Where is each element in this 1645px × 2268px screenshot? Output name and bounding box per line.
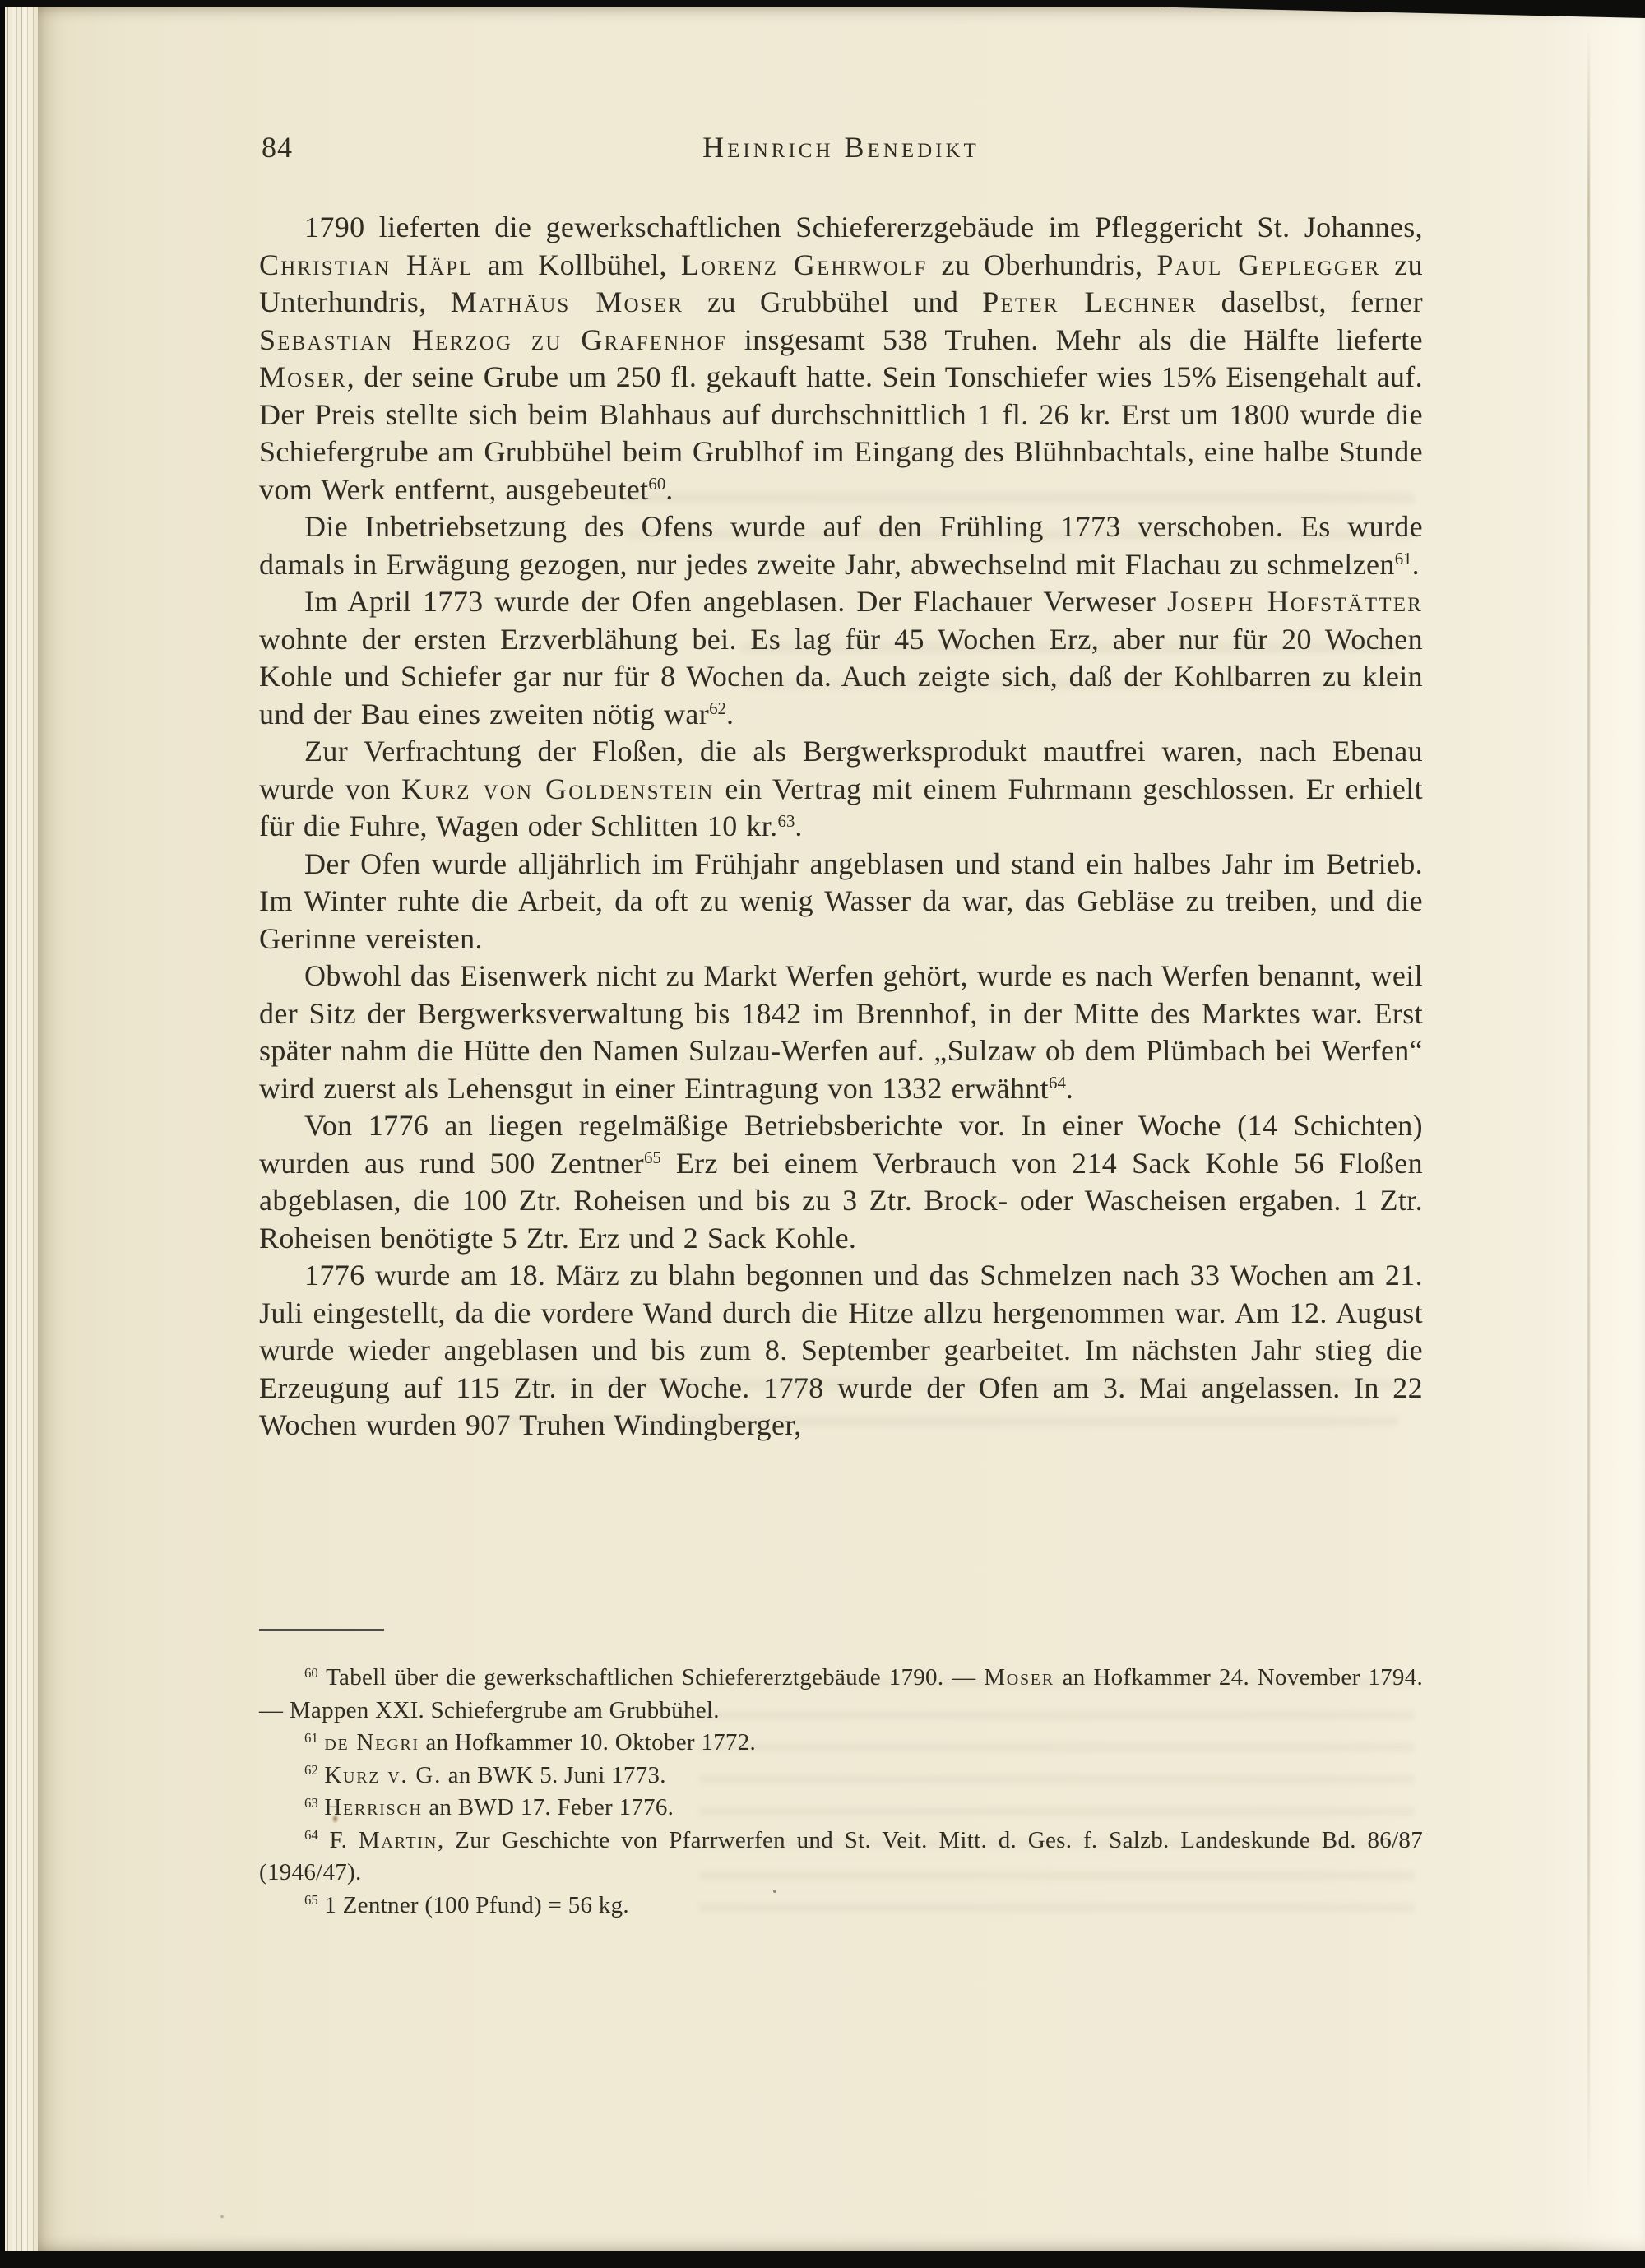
- text-run: F.: [318, 1827, 359, 1853]
- text-run: Paul Geplegger: [1156, 248, 1380, 281]
- text-run: wohnte der ersten Erzverblähung bei. Es …: [259, 623, 1423, 730]
- text-run: Im April 1773 wurde der Ofen angeblasen.…: [304, 585, 1167, 618]
- paragraph: 1790 lieferten die gewerkschaftlichen Sc…: [259, 209, 1423, 508]
- text-run: zu Oberhundris,: [928, 248, 1157, 281]
- footnote-ref: 62: [709, 698, 726, 718]
- text-run: Sebastian Herzog zu Grafenhof: [259, 323, 727, 356]
- paragraph: Zur Verfrachtung der Floßen, die als Ber…: [259, 733, 1423, 846]
- text-run: 1776 wurde am 18. März zu blahn begonnen…: [259, 1259, 1423, 1441]
- footnote-ref: 64: [1049, 1073, 1066, 1092]
- paragraph: Im April 1773 wurde der Ofen angeblasen.…: [259, 583, 1423, 733]
- text-run: 1 Zentner (100 Pfund) = 56 kg.: [318, 1892, 629, 1918]
- paragraph: Der Ofen wurde alljährlich im Frühjahr a…: [259, 846, 1423, 958]
- text-run: de Negri: [324, 1729, 419, 1755]
- text-run: Tabell über die gewerkschaftlichen Schie…: [318, 1664, 984, 1691]
- footnote-ref: 61: [304, 1730, 318, 1746]
- paragraph: Die Inbetriebsetzung des Ofens wurde auf…: [259, 508, 1423, 583]
- text-run: .: [795, 809, 802, 842]
- book-page-edges: [0, 7, 38, 2251]
- text-run: , der seine Grube um 250 fl. gekauft hat…: [259, 360, 1423, 506]
- text-run: Moser: [259, 360, 347, 393]
- running-title: Heinrich Benedikt: [259, 130, 1423, 165]
- text-run: zu Grubbühel und: [683, 285, 982, 318]
- page-fore-edge-highlight: [1546, 7, 1645, 2251]
- text-run: .: [726, 698, 734, 730]
- footnotes: 60 Tabell über die gewerkschaftlichen Sc…: [259, 1662, 1423, 1922]
- text-run: Lorenz Gehrwolf: [681, 248, 928, 281]
- text-run: Peter Lechner: [982, 285, 1197, 318]
- footnote-ref: 61: [1395, 549, 1412, 568]
- footnote: 65 1 Zentner (100 Pfund) = 56 kg.: [259, 1890, 1423, 1922]
- footnote-ref: 60: [304, 1665, 318, 1681]
- text-run: daselbst, ferner: [1198, 285, 1423, 318]
- text-run: .: [1066, 1072, 1073, 1105]
- stain: [220, 2215, 225, 2219]
- footnote: 61 de Negri an Hofkammer 10. Oktober 177…: [259, 1727, 1423, 1760]
- text-run: .: [1412, 548, 1420, 581]
- running-head: 84 Heinrich Benedikt: [259, 130, 1423, 171]
- text-run: am Kollbühel,: [474, 248, 681, 281]
- footnote: 62 Kurz v. G. an BWK 5. Juni 1773.: [259, 1760, 1423, 1793]
- footnote-ref: 64: [304, 1827, 318, 1843]
- footnote-ref: 60: [648, 474, 665, 494]
- text-run: Mathäus Moser: [451, 285, 683, 318]
- page: 84 Heinrich Benedikt 1790 lieferten die …: [38, 7, 1645, 2251]
- text-run: Martin: [359, 1827, 438, 1853]
- paragraph: Obwohl das Eisenwerk nicht zu Markt Werf…: [259, 958, 1423, 1107]
- text-run: an BWD 17. Feber 1776.: [423, 1794, 674, 1820]
- text-run: Kurz von Goldenstein: [401, 772, 714, 805]
- text-run: an BWK 5. Juni 1773.: [442, 1762, 666, 1788]
- footnote: 60 Tabell über die gewerkschaftlichen Sc…: [259, 1662, 1423, 1727]
- footnote: 64 F. Martin, Zur Geschichte von Pfarrwe…: [259, 1825, 1423, 1890]
- text-run: Der Ofen wurde alljährlich im Frühjahr a…: [259, 847, 1423, 955]
- text-run: Herrisch: [324, 1794, 422, 1820]
- text-run: Joseph Hofstätter: [1167, 585, 1423, 618]
- text-run: Christian Häpl: [259, 248, 474, 281]
- text-run: .: [665, 473, 673, 506]
- text-run: Die Inbetriebsetzung des Ofens wurde auf…: [259, 510, 1423, 581]
- text-run: an Hofkammer 10. Oktober 1772.: [419, 1729, 756, 1755]
- page-crease: [1587, 28, 1590, 2200]
- footnote-ref: 65: [304, 1892, 318, 1908]
- paragraph: Von 1776 an liegen regelmäßige Betriebsb…: [259, 1107, 1423, 1257]
- footnote-ref: 63: [304, 1795, 318, 1811]
- paragraph: 1776 wurde am 18. März zu blahn begonnen…: [259, 1257, 1423, 1445]
- footnote-ref: 63: [778, 811, 795, 831]
- text-run: insgesamt 538 Truhen. Mehr als die Hälft…: [727, 323, 1423, 356]
- footnote-ref: 65: [644, 1148, 661, 1167]
- body-text: 1790 lieferten die gewerkschaftlichen Sc…: [259, 209, 1423, 1445]
- text-run: Kurz v. G.: [324, 1762, 442, 1788]
- text-run: Obwohl das Eisenwerk nicht zu Markt Werf…: [259, 959, 1423, 1105]
- footnote-ref: 62: [304, 1762, 318, 1778]
- footnote: 63 Herrisch an BWD 17. Feber 1776.: [259, 1792, 1423, 1825]
- scanned-book-page: 84 Heinrich Benedikt 1790 lieferten die …: [0, 0, 1645, 2268]
- text-run: 1790 lieferten die gewerkschaftlichen Sc…: [304, 211, 1423, 243]
- text-run: Moser: [984, 1664, 1054, 1691]
- footnote-separator: [259, 1629, 384, 1631]
